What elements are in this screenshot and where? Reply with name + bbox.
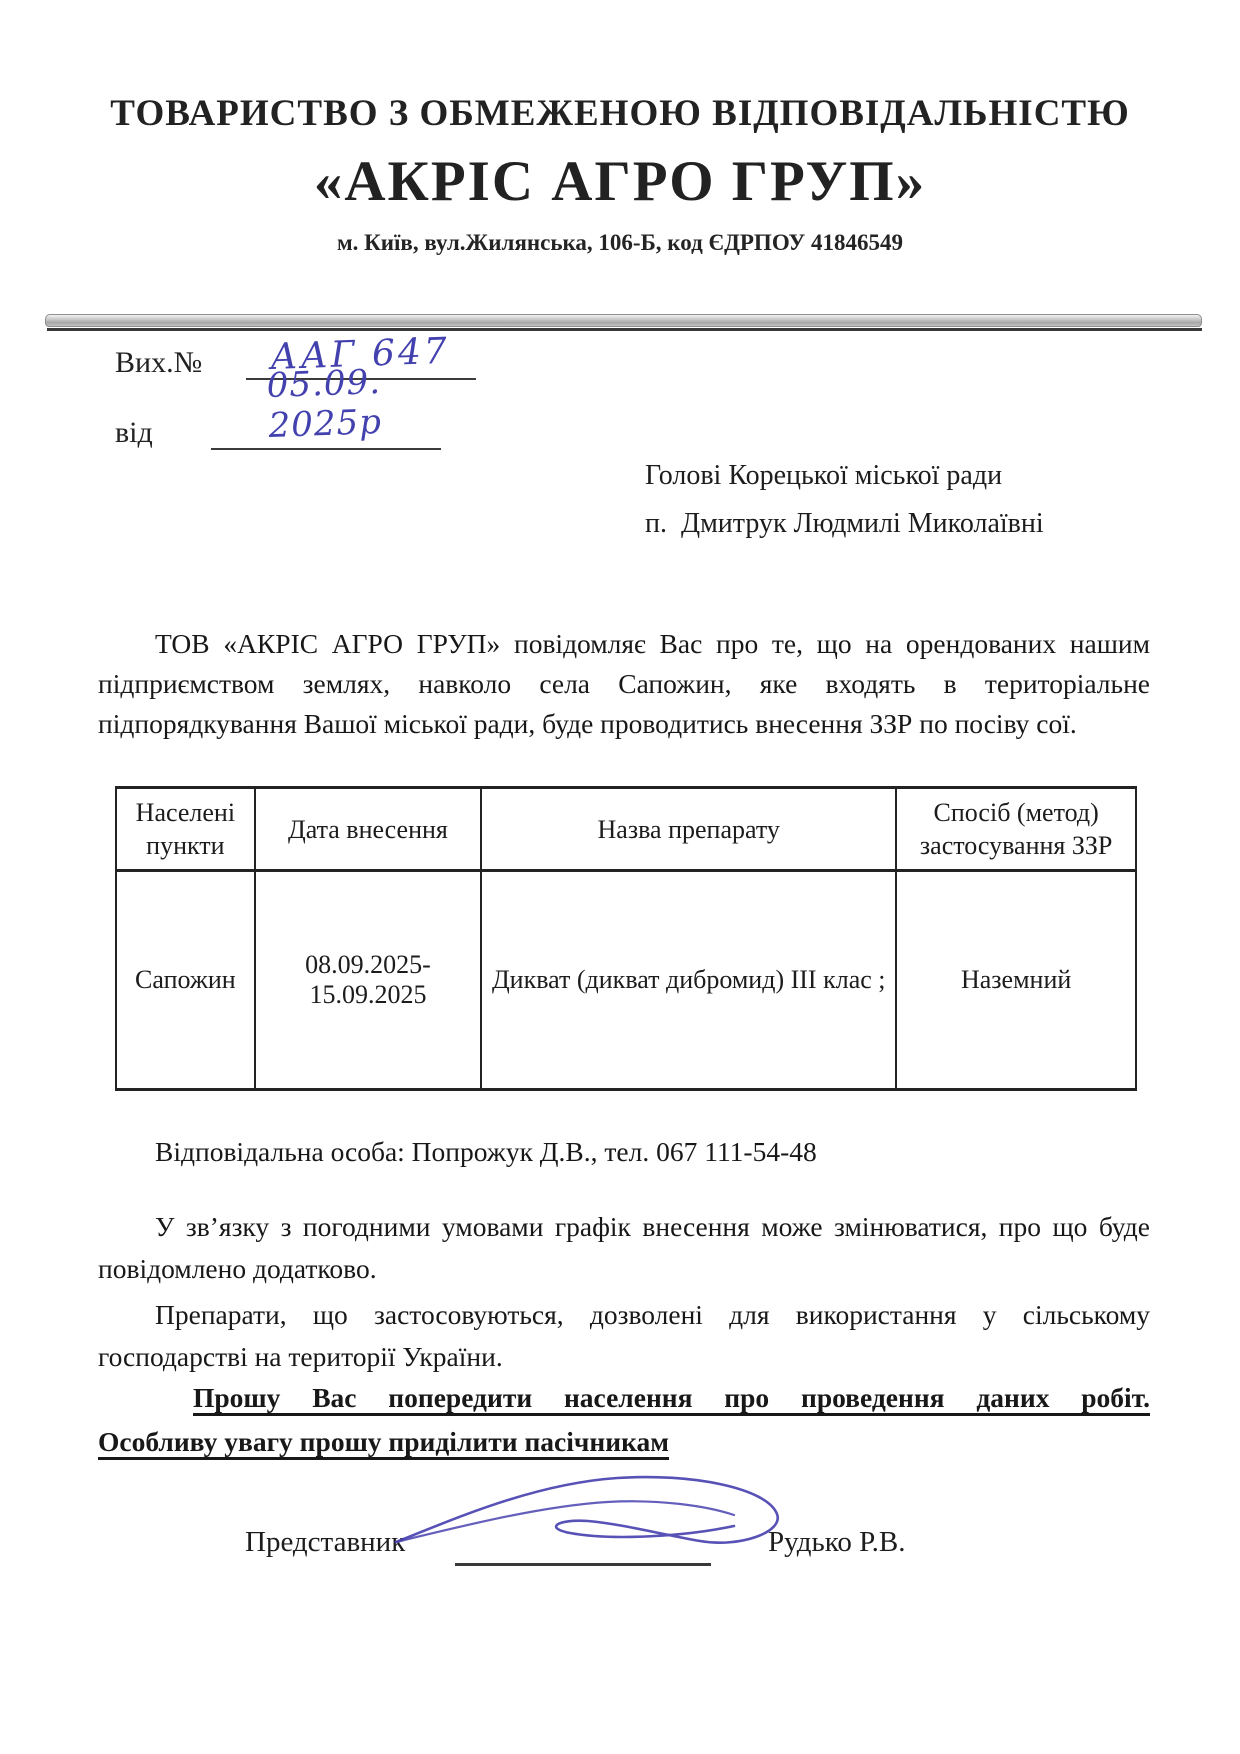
date-row: від 05.09. 2025р — [115, 404, 476, 450]
reference-block: Вих.№ ААГ 647 від 05.09. 2025р — [115, 334, 476, 474]
cell-date-range: 08.09.2025- 15.09.2025 — [255, 871, 481, 1090]
warning-line2: Особливу увагу прошу приділити пасічника… — [98, 1420, 1150, 1464]
recipient-title: Голові Корецької міської ради — [645, 452, 1044, 500]
date-label: від — [115, 416, 153, 450]
date-field: 05.09. 2025р — [211, 368, 441, 450]
paragraph-notification: ТОВ «АКРІС АГРО ГРУП» повідомляє Вас про… — [98, 624, 1150, 744]
company-name: «АКРІС АГРО ГРУП» — [60, 149, 1180, 214]
spraying-table-grid: Населені пункти Дата внесення Назва преп… — [115, 786, 1137, 1091]
letterhead: ТОВАРИСТВО З ОБМЕЖЕНОЮ ВІДПОВІДАЛЬНІСТЮ … — [60, 92, 1180, 256]
signature-line — [455, 1563, 711, 1566]
table-row: Сапожин 08.09.2025- 15.09.2025 Дикват (д… — [116, 871, 1136, 1090]
outgoing-number-label: Вих.№ — [115, 346, 202, 380]
warning-line1: Прошу Вас попередити населення про прове… — [98, 1376, 1150, 1420]
document-page: ТОВАРИСТВО З ОБМЕЖЕНОЮ ВІДПОВІДАЛЬНІСТЮ … — [0, 0, 1240, 1754]
col-header-product: Назва препарату — [481, 788, 896, 871]
spraying-table: Населені пункти Дата внесення Назва преп… — [115, 786, 1137, 1091]
recipient-name: п. Дмитрук Людмилі Миколаївні — [645, 500, 1044, 548]
cell-settlement: Сапожин — [116, 871, 255, 1090]
paragraph-responsible-person: Відповідальна особа: Попрожук Д.В., тел.… — [98, 1132, 1150, 1172]
table-header-row: Населені пункти Дата внесення Назва преп… — [116, 788, 1136, 871]
paragraph-warning: Прошу Вас попередити населення про прове… — [98, 1376, 1150, 1464]
col-header-date: Дата внесення — [255, 788, 481, 871]
paragraph-approved-products: Препарати, що застосовуються, дозволені … — [98, 1294, 1150, 1378]
handwritten-signature — [392, 1468, 787, 1568]
signature-role-label: Представник — [245, 1526, 405, 1559]
company-type: ТОВАРИСТВО З ОБМЕЖЕНОЮ ВІДПОВІДАЛЬНІСТЮ — [60, 92, 1180, 135]
company-address: м. Київ, вул.Жилянська, 106-Б, код ЄДРПО… — [60, 230, 1180, 256]
date-handwritten: 05.09. 2025р — [208, 360, 441, 448]
signatory-name: Рудько Р.В. — [768, 1526, 906, 1559]
col-header-settlements: Населені пункти — [116, 788, 255, 871]
divider-bar-underline — [47, 328, 1202, 331]
paragraph-weather-note: У зв’язку з погодними умовами графік вне… — [98, 1206, 1150, 1290]
recipient-block: Голові Корецької міської ради п. Дмитрук… — [645, 452, 1044, 548]
col-header-method: Спосіб (метод) застосування ЗЗР — [896, 788, 1136, 871]
cell-method: Наземний — [896, 871, 1136, 1090]
cell-product: Дикват (дикват дибромид) ІІІ клас ; — [481, 871, 896, 1090]
divider-bar-top — [45, 314, 1202, 327]
divider-bar — [45, 314, 1202, 331]
